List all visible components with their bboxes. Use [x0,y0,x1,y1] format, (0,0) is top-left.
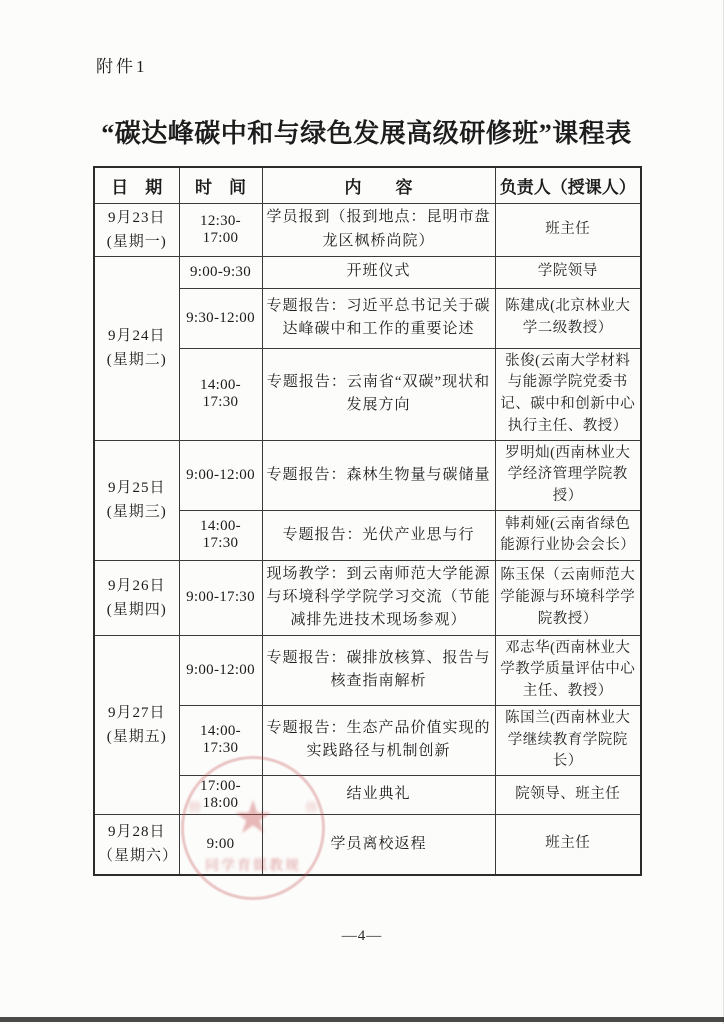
schedule-row: 9月23日(星期一)12:30-17:00学员报到（报到地点：昆明市盘龙区枫桥尚… [94,203,641,256]
lecturer-cell: 邓志华(西南林业大学教学质量评估中心主任、教授） [495,635,641,705]
time-cell: 14:00-17:30 [179,348,262,440]
date-cell: 9月24日(星期二) [94,256,179,440]
lecturer-cell: 班主任 [495,203,641,256]
content-cell: 开班仪式 [262,256,495,288]
schedule-row: 9月24日(星期二)9:00-9:30开班仪式学院领导 [94,256,641,288]
date-cell: 9月25日(星期三) [94,440,179,560]
content-cell: 专题报告：生态产品价值实现的实践路径与机制创新 [262,705,495,775]
content-cell: 专题报告：习近平总书记关于碳达峰碳中和工作的重要论述 [262,288,495,348]
date-cell: 9月26日(星期四) [94,560,179,635]
page-content: 附件1 “碳达峰碳中和与绿色发展高级研修班”课程表 日 期 时 间 内 容 负责… [93,0,640,876]
time-cell: 9:00-9:30 [179,256,262,288]
schedule-body: 9月23日(星期一)12:30-17:00学员报到（报到地点：昆明市盘龙区枫桥尚… [94,203,641,875]
content-cell: 结业典礼 [262,776,495,815]
date-cell: 9月28日（星期六） [94,815,179,875]
header-row: 日 期 时 间 内 容 负责人（授课人） [94,167,641,203]
scan-edge-bottom [0,1017,724,1022]
lecturer-cell: 陈玉保（云南师范大学能源与环境科学学院教授） [495,560,641,635]
lecturer-cell: 学院领导 [495,256,641,288]
header-time: 时 间 [179,167,262,203]
scanned-document-page: { "page": { "attachment_label": "附件1", "… [0,0,724,1024]
content-cell: 学员离校返程 [262,815,495,875]
content-cell: 专题报告：光伏产业思与行 [262,510,495,560]
attachment-label: 附件1 [96,52,640,77]
time-cell: 12:30-17:00 [179,203,262,256]
header-lecturer: 负责人（授课人） [495,167,641,203]
schedule-row: 9月28日（星期六）9:00学员离校返程班主任 [94,815,641,875]
schedule-row: 9月27日(星期五)9:00-12:00专题报告：碳排放核算、报告与核查指南解析… [94,635,641,705]
schedule-row: 9月25日(星期三)9:00-12:00专题报告：森林生物量与碳储量罗明灿(西南… [94,440,641,510]
time-cell: 9:00 [179,815,262,875]
document-title: “碳达峰碳中和与绿色发展高级研修班”课程表 [93,113,640,150]
lecturer-cell: 张俊(云南大学材料与能源学院党委书记、碳中和创新中心执行主任、教授） [495,348,641,440]
lecturer-cell: 韩莉娅(云南省绿色能源行业协会会长） [495,510,641,560]
date-cell: 9月27日(星期五) [94,635,179,815]
lecturer-cell: 院领导、班主任 [495,776,641,815]
time-cell: 9:00-17:30 [179,560,262,635]
content-cell: 专题报告：云南省“双碳”现状和发展方向 [262,348,495,440]
page-number: —4— [0,928,724,945]
time-cell: 17:00-18:00 [179,776,262,815]
lecturer-cell: 罗明灿(西南林业大学经济管理学院教授） [495,440,641,510]
time-cell: 14:00-17:30 [179,510,262,560]
course-schedule-table: 日 期 时 间 内 容 负责人（授课人） 9月23日(星期一)12:30-17:… [93,166,642,876]
content-cell: 学员报到（报到地点：昆明市盘龙区枫桥尚院） [262,203,495,256]
time-cell: 14:00-17:30 [179,705,262,775]
time-cell: 9:00-12:00 [179,440,262,510]
lecturer-cell: 陈国兰(西南林业大学继续教育学院院长） [495,705,641,775]
header-date: 日 期 [94,167,179,203]
content-cell: 专题报告：森林生物量与碳储量 [262,440,495,510]
schedule-row: 9月26日(星期四)9:00-17:30现场教学：到云南师范大学能源与环境科学学… [94,560,641,635]
time-cell: 9:30-12:00 [179,288,262,348]
time-cell: 9:00-12:00 [179,635,262,705]
lecturer-cell: 班主任 [495,815,641,875]
content-cell: 现场教学：到云南师范大学能源与环境科学学院学习交流（节能减排先进技术现场参观） [262,560,495,635]
lecturer-cell: 陈建成(北京林业大学二级教授） [495,288,641,348]
date-cell: 9月23日(星期一) [94,203,179,256]
header-content: 内 容 [262,167,495,203]
content-cell: 专题报告：碳排放核算、报告与核查指南解析 [262,635,495,705]
